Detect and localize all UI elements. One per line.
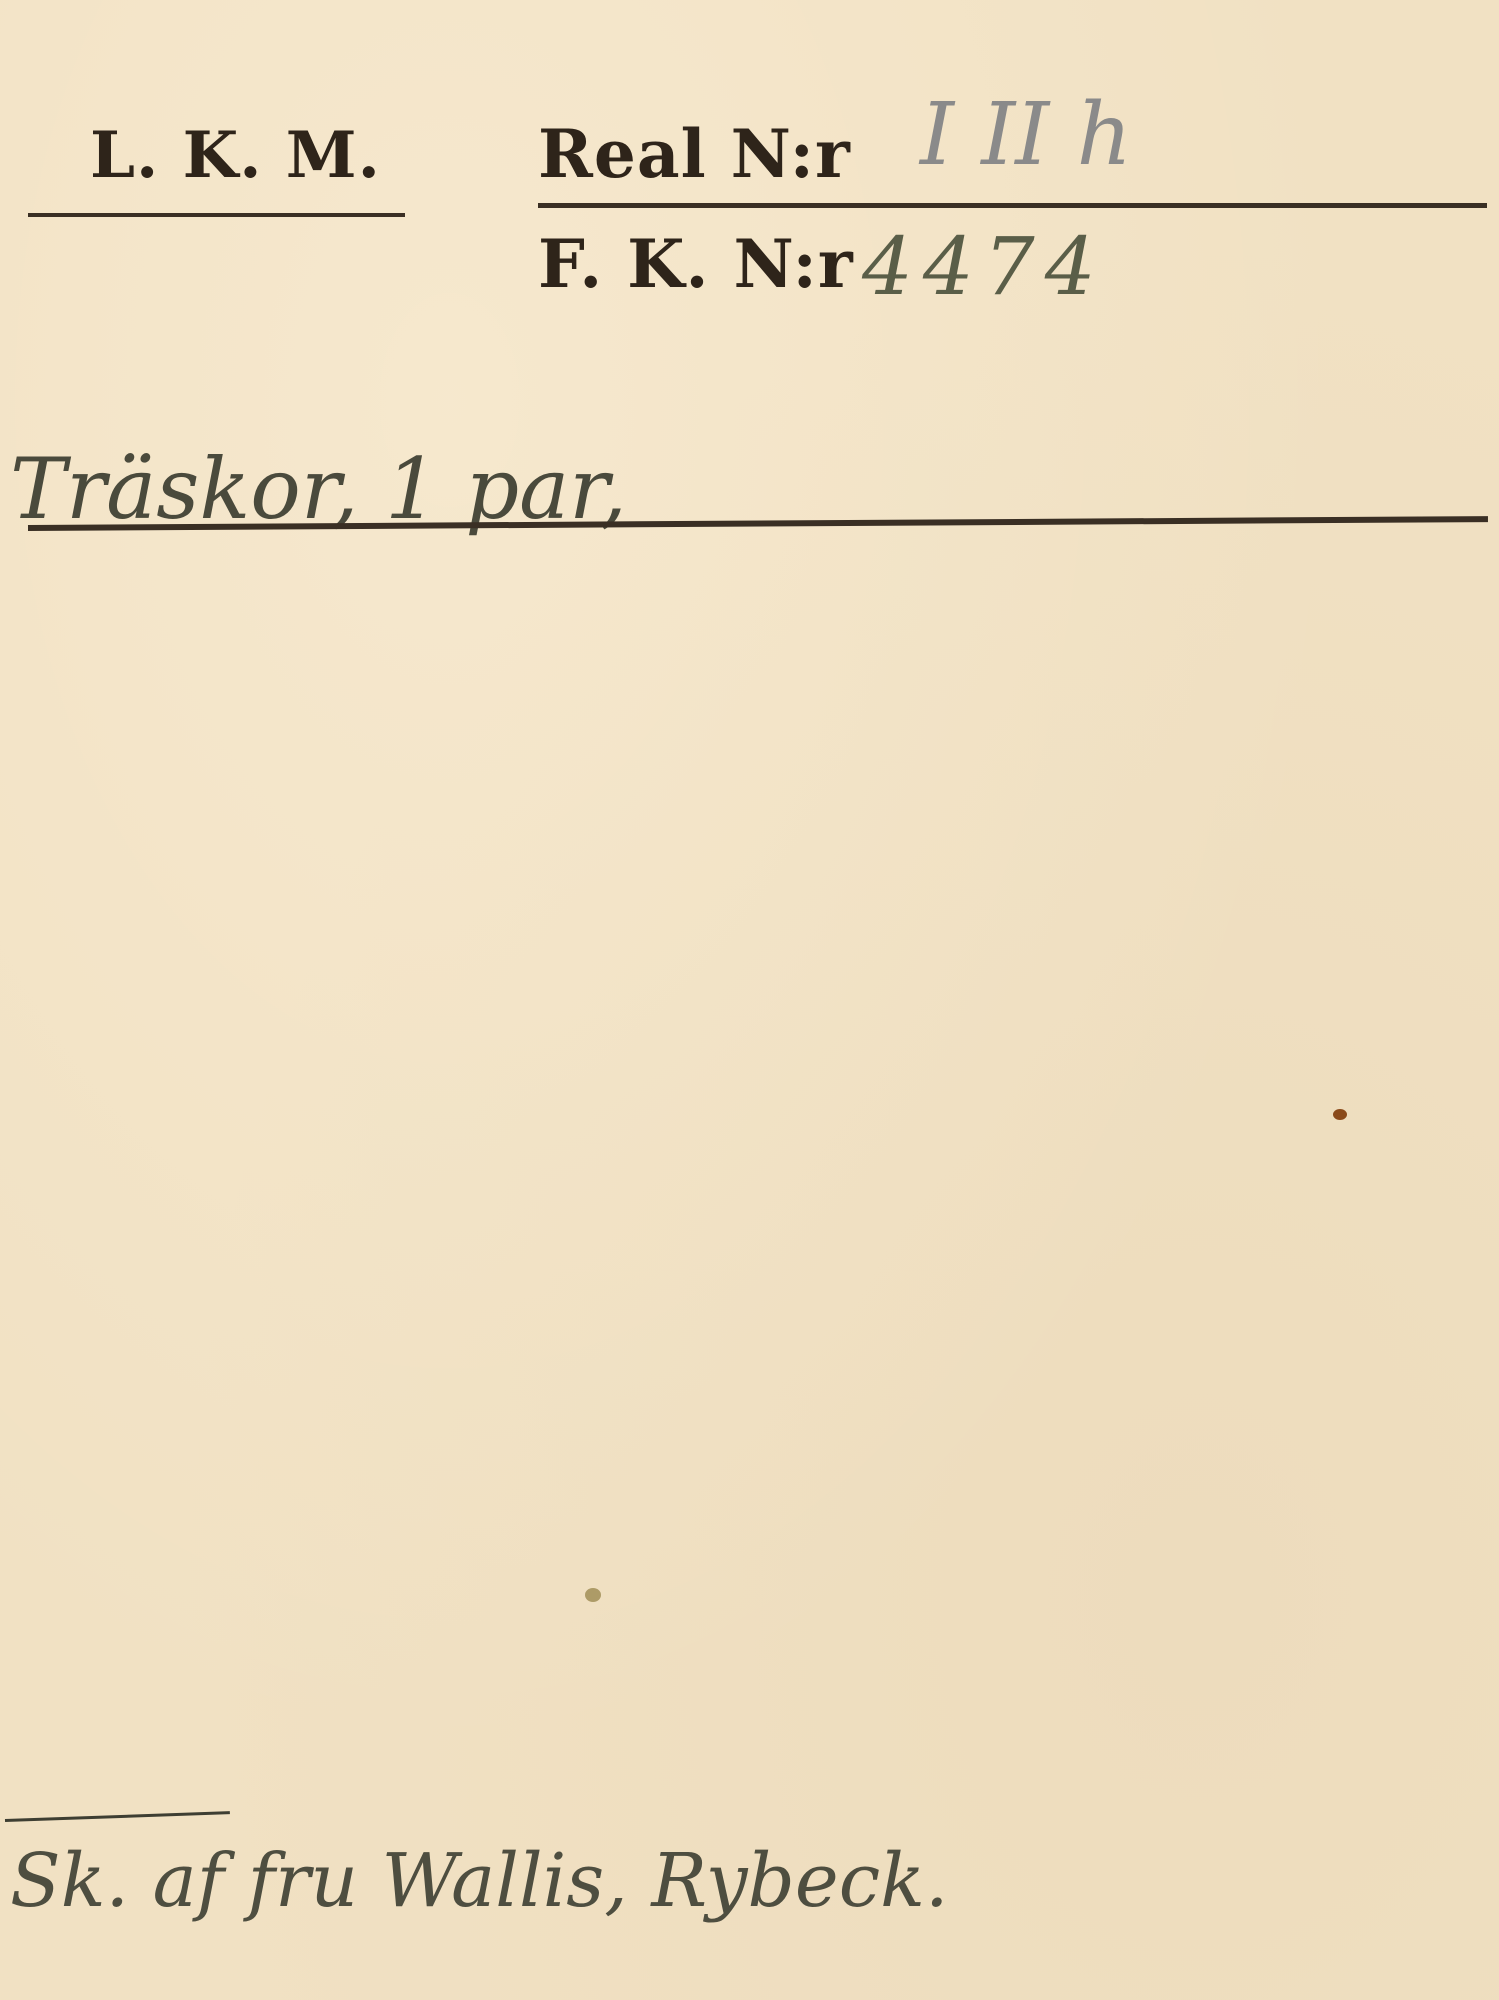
catalog-card: L. K. M. Real N:r I II h F. K. N:r 4474 … [0, 0, 1499, 2000]
paper-stain [585, 1588, 601, 1602]
fk-number-value: 4474 [862, 220, 1106, 313]
institution-label: L. K. M. [90, 118, 381, 193]
real-number-value: I II h [920, 85, 1132, 185]
fk-number-label: F. K. N:r [538, 225, 854, 303]
donor-note: Sk. af fru Wallis, Rybeck. [10, 1838, 949, 1924]
paper-stain [1333, 1109, 1347, 1120]
real-number-underline [538, 203, 1487, 208]
institution-underline [28, 213, 405, 217]
footer-overline [5, 1811, 230, 1822]
real-number-label: Real N:r [538, 115, 851, 193]
